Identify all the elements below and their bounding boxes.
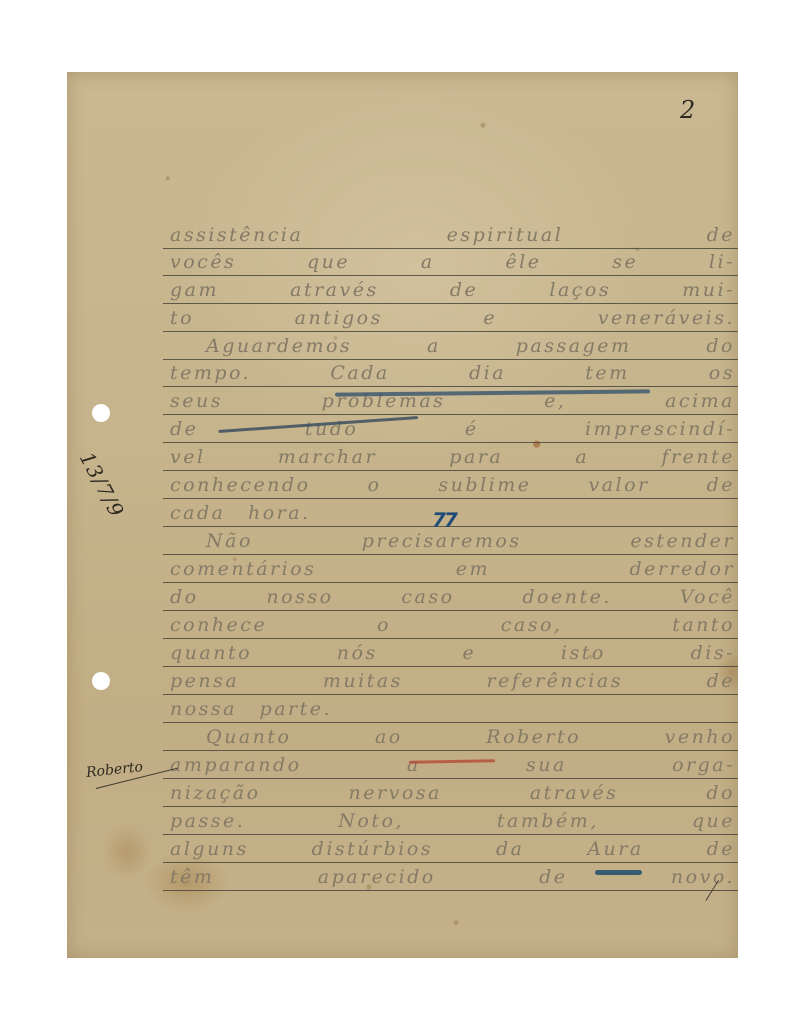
text-line: tempo. Cada dia tem os — [170, 362, 735, 390]
text-line: conhecendo o sublime valor de — [170, 474, 735, 502]
text-line: Quanto ao Roberto venho — [170, 726, 735, 754]
blue-ink-underline — [595, 870, 642, 875]
text-line: Aguardemos a passagem do — [170, 335, 735, 363]
text-line: do nosso caso doente. Você — [170, 586, 735, 614]
punch-hole-top — [92, 404, 110, 422]
text-line: conhece o caso, tanto — [170, 614, 735, 642]
text-line: pensa muitas referências de — [170, 670, 735, 698]
text-line: alguns distúrbios da Aura de — [170, 838, 735, 866]
text-line: comentários em derredor — [170, 558, 735, 586]
text-line: amparando a sua orga- — [170, 754, 735, 782]
text-line: gam através de laços mui- — [170, 279, 735, 307]
text-line: to antigos e veneráveis. — [170, 307, 735, 335]
text-line: têm aparecido de novo. — [170, 866, 735, 894]
text-line: nossa parte. — [170, 698, 735, 726]
text-line: de tudo é imprescindí- — [170, 418, 735, 446]
text-line: vel marchar para a frente — [170, 446, 735, 474]
page-number: 2 — [680, 96, 695, 124]
text-line: passe. Noto, também, que — [170, 810, 735, 838]
punch-hole-bottom — [92, 672, 110, 690]
text-line: assistência espiritual de — [170, 224, 735, 252]
text-line: quanto nós e isto dis- — [170, 642, 735, 670]
text-line: Não precisaremos estender — [170, 530, 735, 558]
blue-ink-mark: 77 — [429, 508, 458, 532]
text-line: nização nervosa através do — [170, 782, 735, 810]
text-line: vocês que a êle se li- — [170, 251, 735, 279]
